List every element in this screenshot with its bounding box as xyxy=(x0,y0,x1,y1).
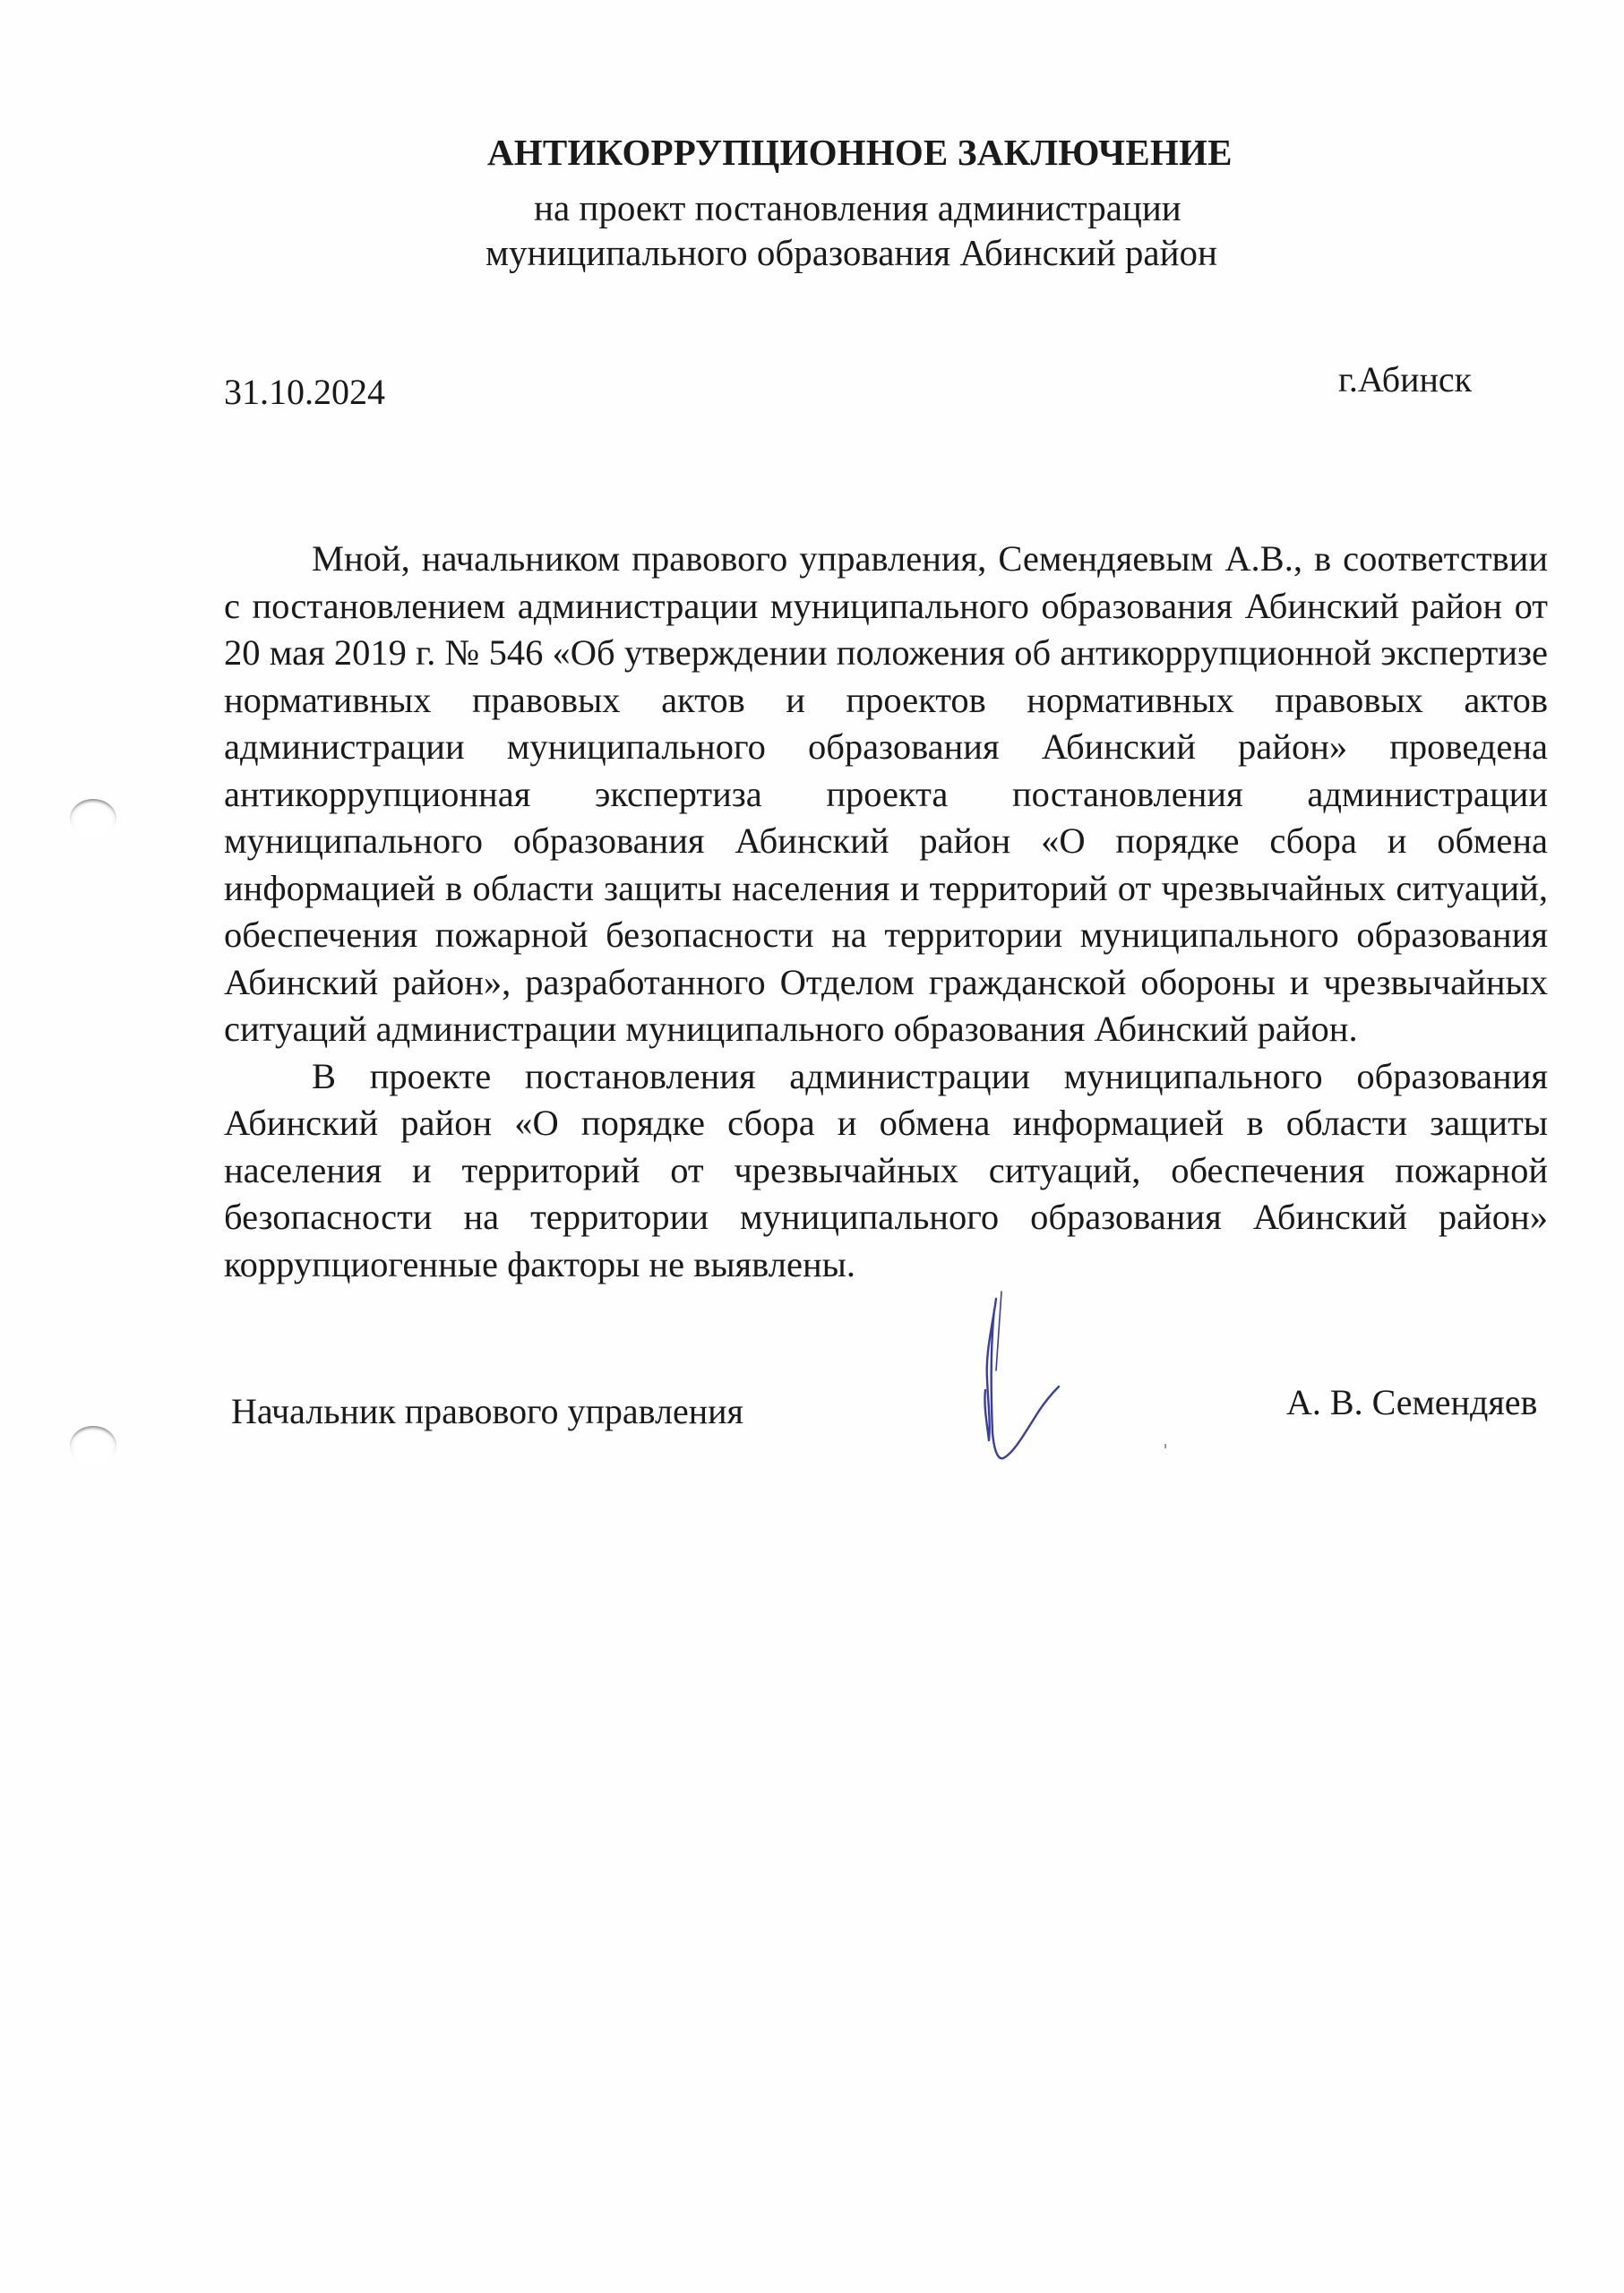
document-subtitle-line1: на проект постановления администрации xyxy=(534,190,1181,227)
document-body: Мной, начальником правового управления, … xyxy=(224,536,1548,1288)
document-city: г.Абинск xyxy=(1338,362,1472,398)
signatory-role: Начальник правового управления xyxy=(231,1394,743,1430)
punch-hole xyxy=(70,1426,116,1465)
document-page: АНТИКОРРУПЦИОННОЕ ЗАКЛЮЧЕНИЕ на проект п… xyxy=(0,0,1624,2293)
document-subtitle-line2: муниципального образования Абинский райо… xyxy=(485,235,1217,271)
signatory-name: А. В. Семендяев xyxy=(1286,1385,1537,1421)
document-title: АНТИКОРРУПЦИОННОЕ ЗАКЛЮЧЕНИЕ xyxy=(487,134,1233,171)
document-date: 31.10.2024 xyxy=(224,374,385,410)
handwritten-signature-icon xyxy=(958,1290,1084,1469)
scan-speck xyxy=(1164,1444,1166,1448)
punch-hole xyxy=(70,799,116,838)
body-paragraph: Мной, начальником правового управления, … xyxy=(224,536,1548,1053)
body-paragraph: В проекте постановления администрации му… xyxy=(224,1053,1548,1289)
